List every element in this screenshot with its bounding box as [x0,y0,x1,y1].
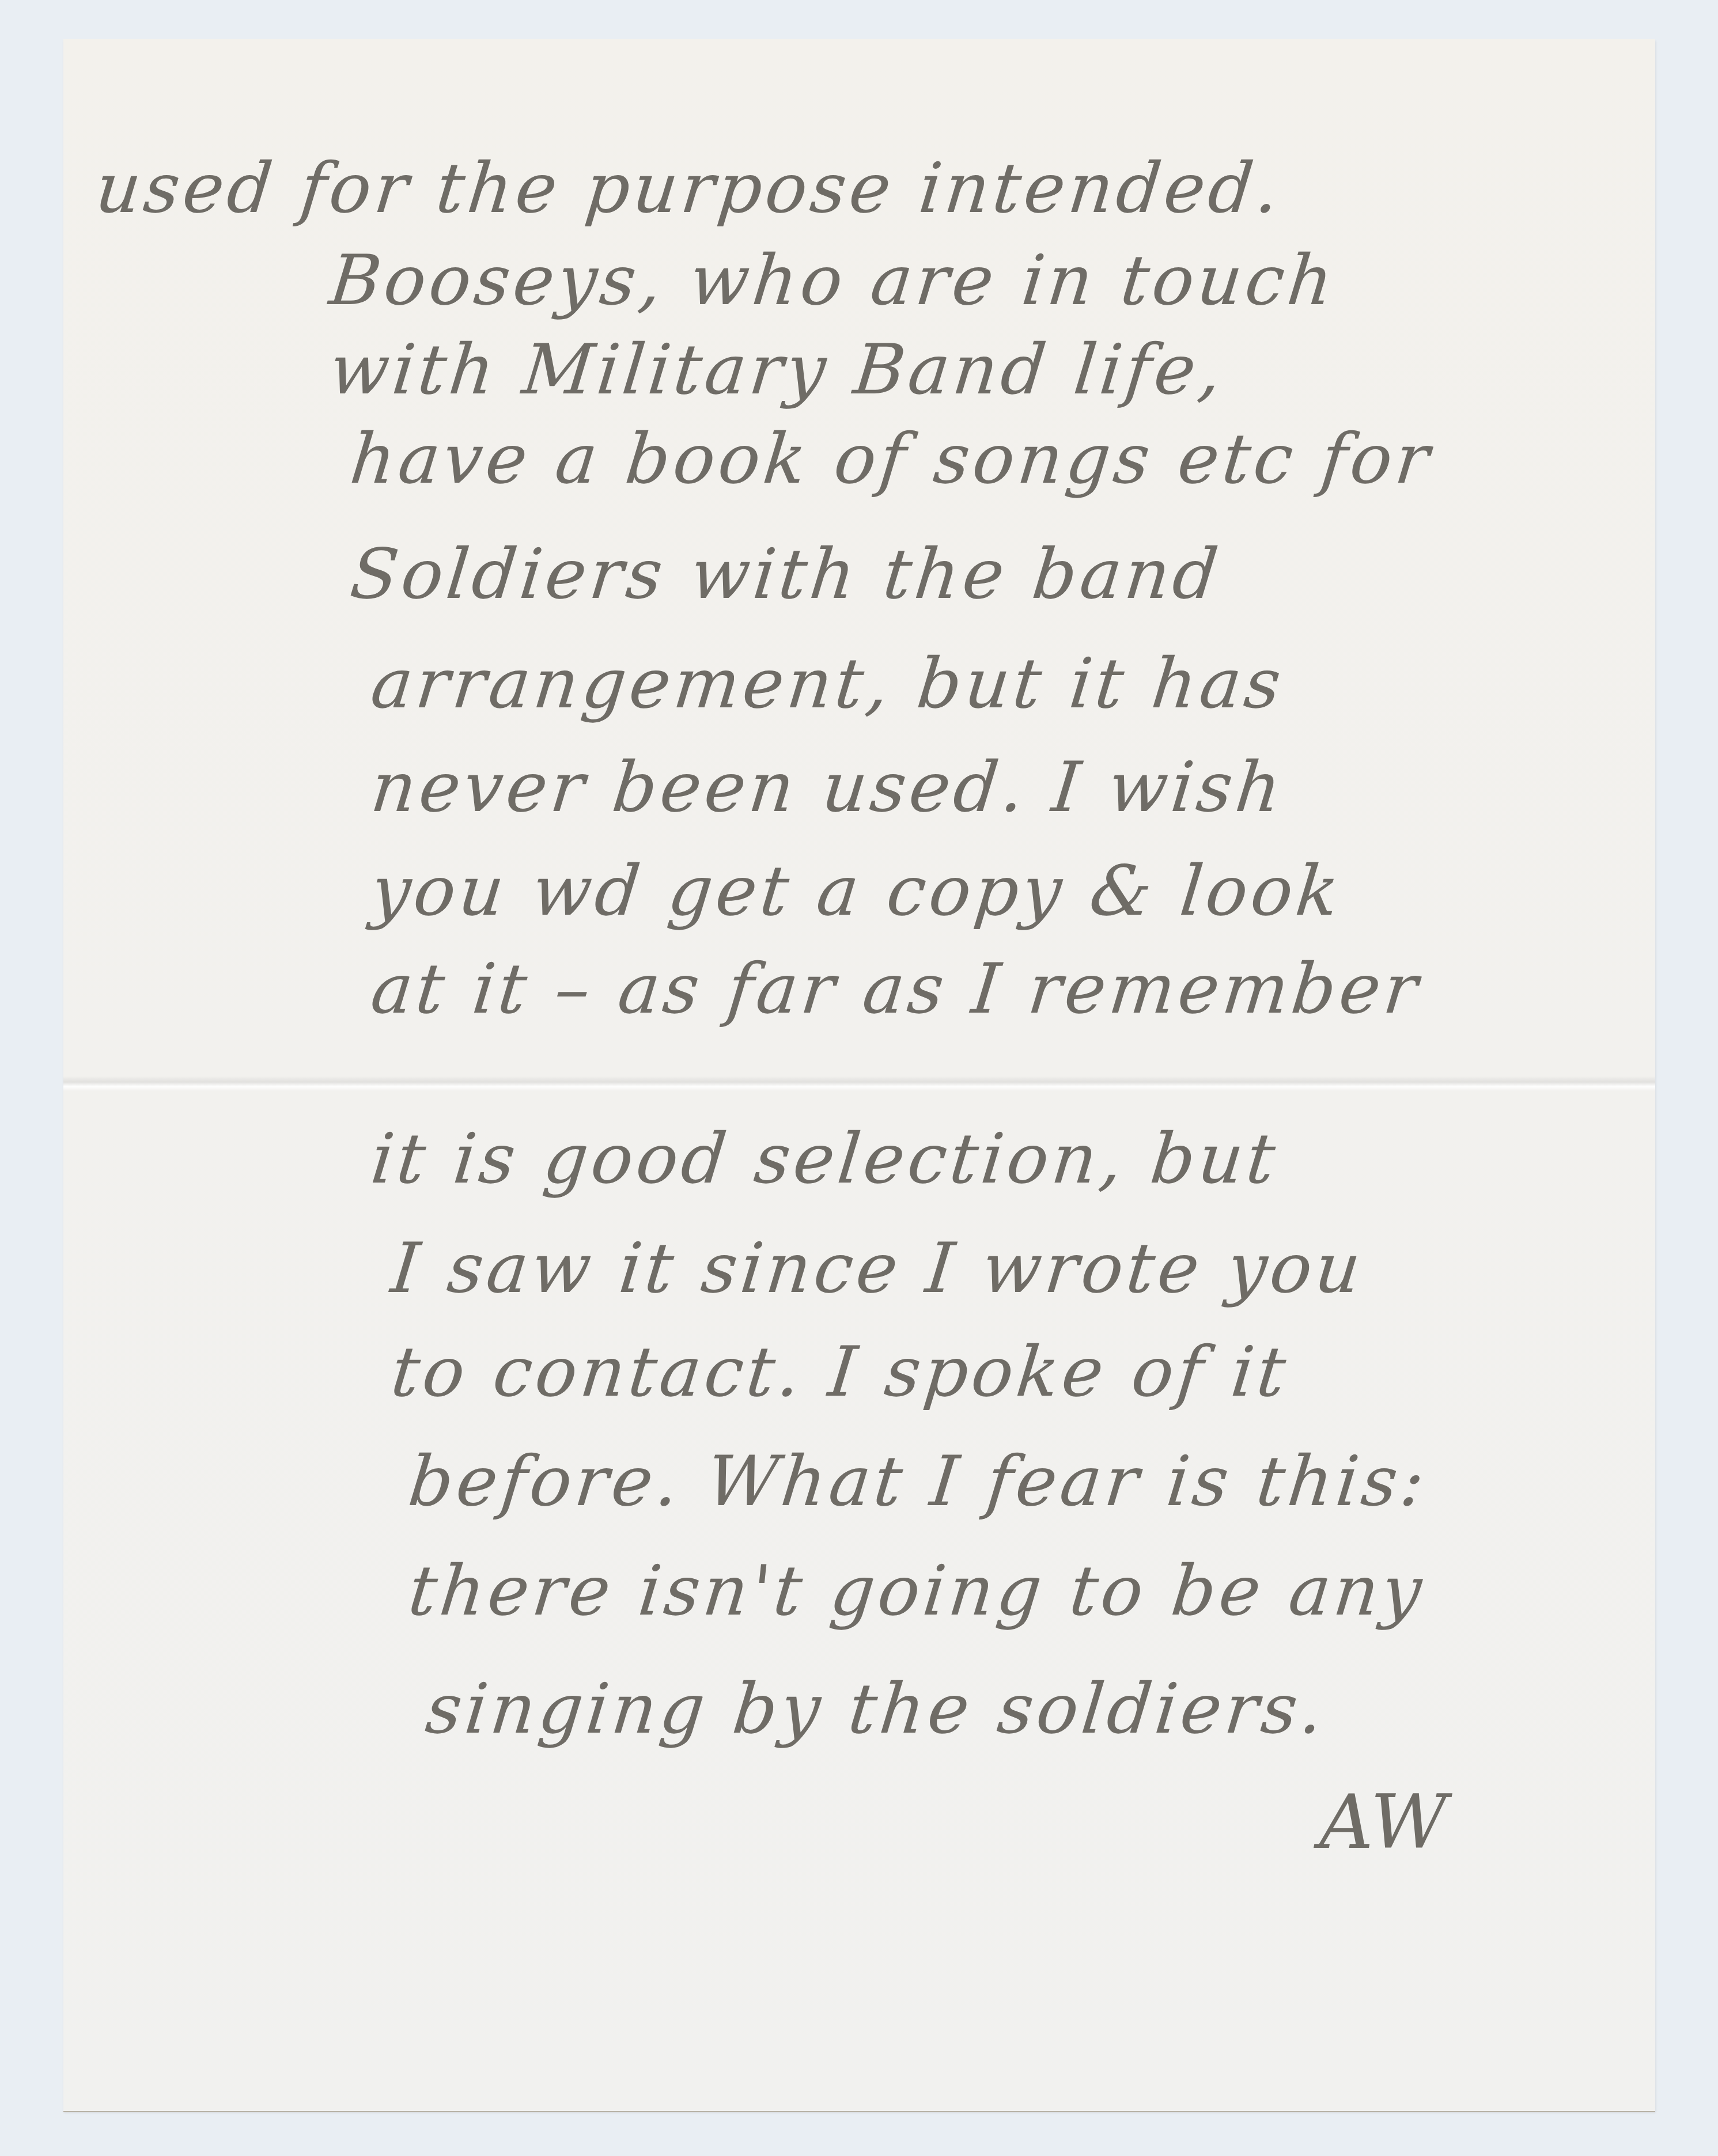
signature-initials: AW [1319,1784,1447,1859]
letter-line-7: never been used. I wish [368,753,1288,823]
letter-line-10: it is good selection, but [368,1125,1282,1194]
letter-line-1: used for the purpose intended. [93,154,1286,223]
letter-line-11: I saw it since I wrote you [388,1234,1367,1304]
letter-line-6: arrangement, but it has [368,650,1288,719]
letter-line-5: Soldiers with the band [347,540,1225,609]
letter-line-9: at it – as far as I remember [368,955,1424,1024]
letter-line-13: before. What I fear is this: [406,1448,1431,1517]
letter-line-3: with Military Band life, [327,336,1228,405]
fold-crease [63,1076,1655,1091]
letter-line-2: Booseys, who are in touch [327,247,1339,316]
letter-line-4: have a book of songs etc for [347,425,1436,494]
letter-line-15: singing by the soldiers. [423,1675,1330,1744]
letter-line-8: you wd get a copy & look [368,857,1345,926]
letter-line-12: to contact. I spoke of it [388,1338,1292,1407]
letter-page: used for the purpose intended. Booseys, … [63,39,1655,2111]
letter-line-14: there isn't going to be any [406,1557,1428,1626]
